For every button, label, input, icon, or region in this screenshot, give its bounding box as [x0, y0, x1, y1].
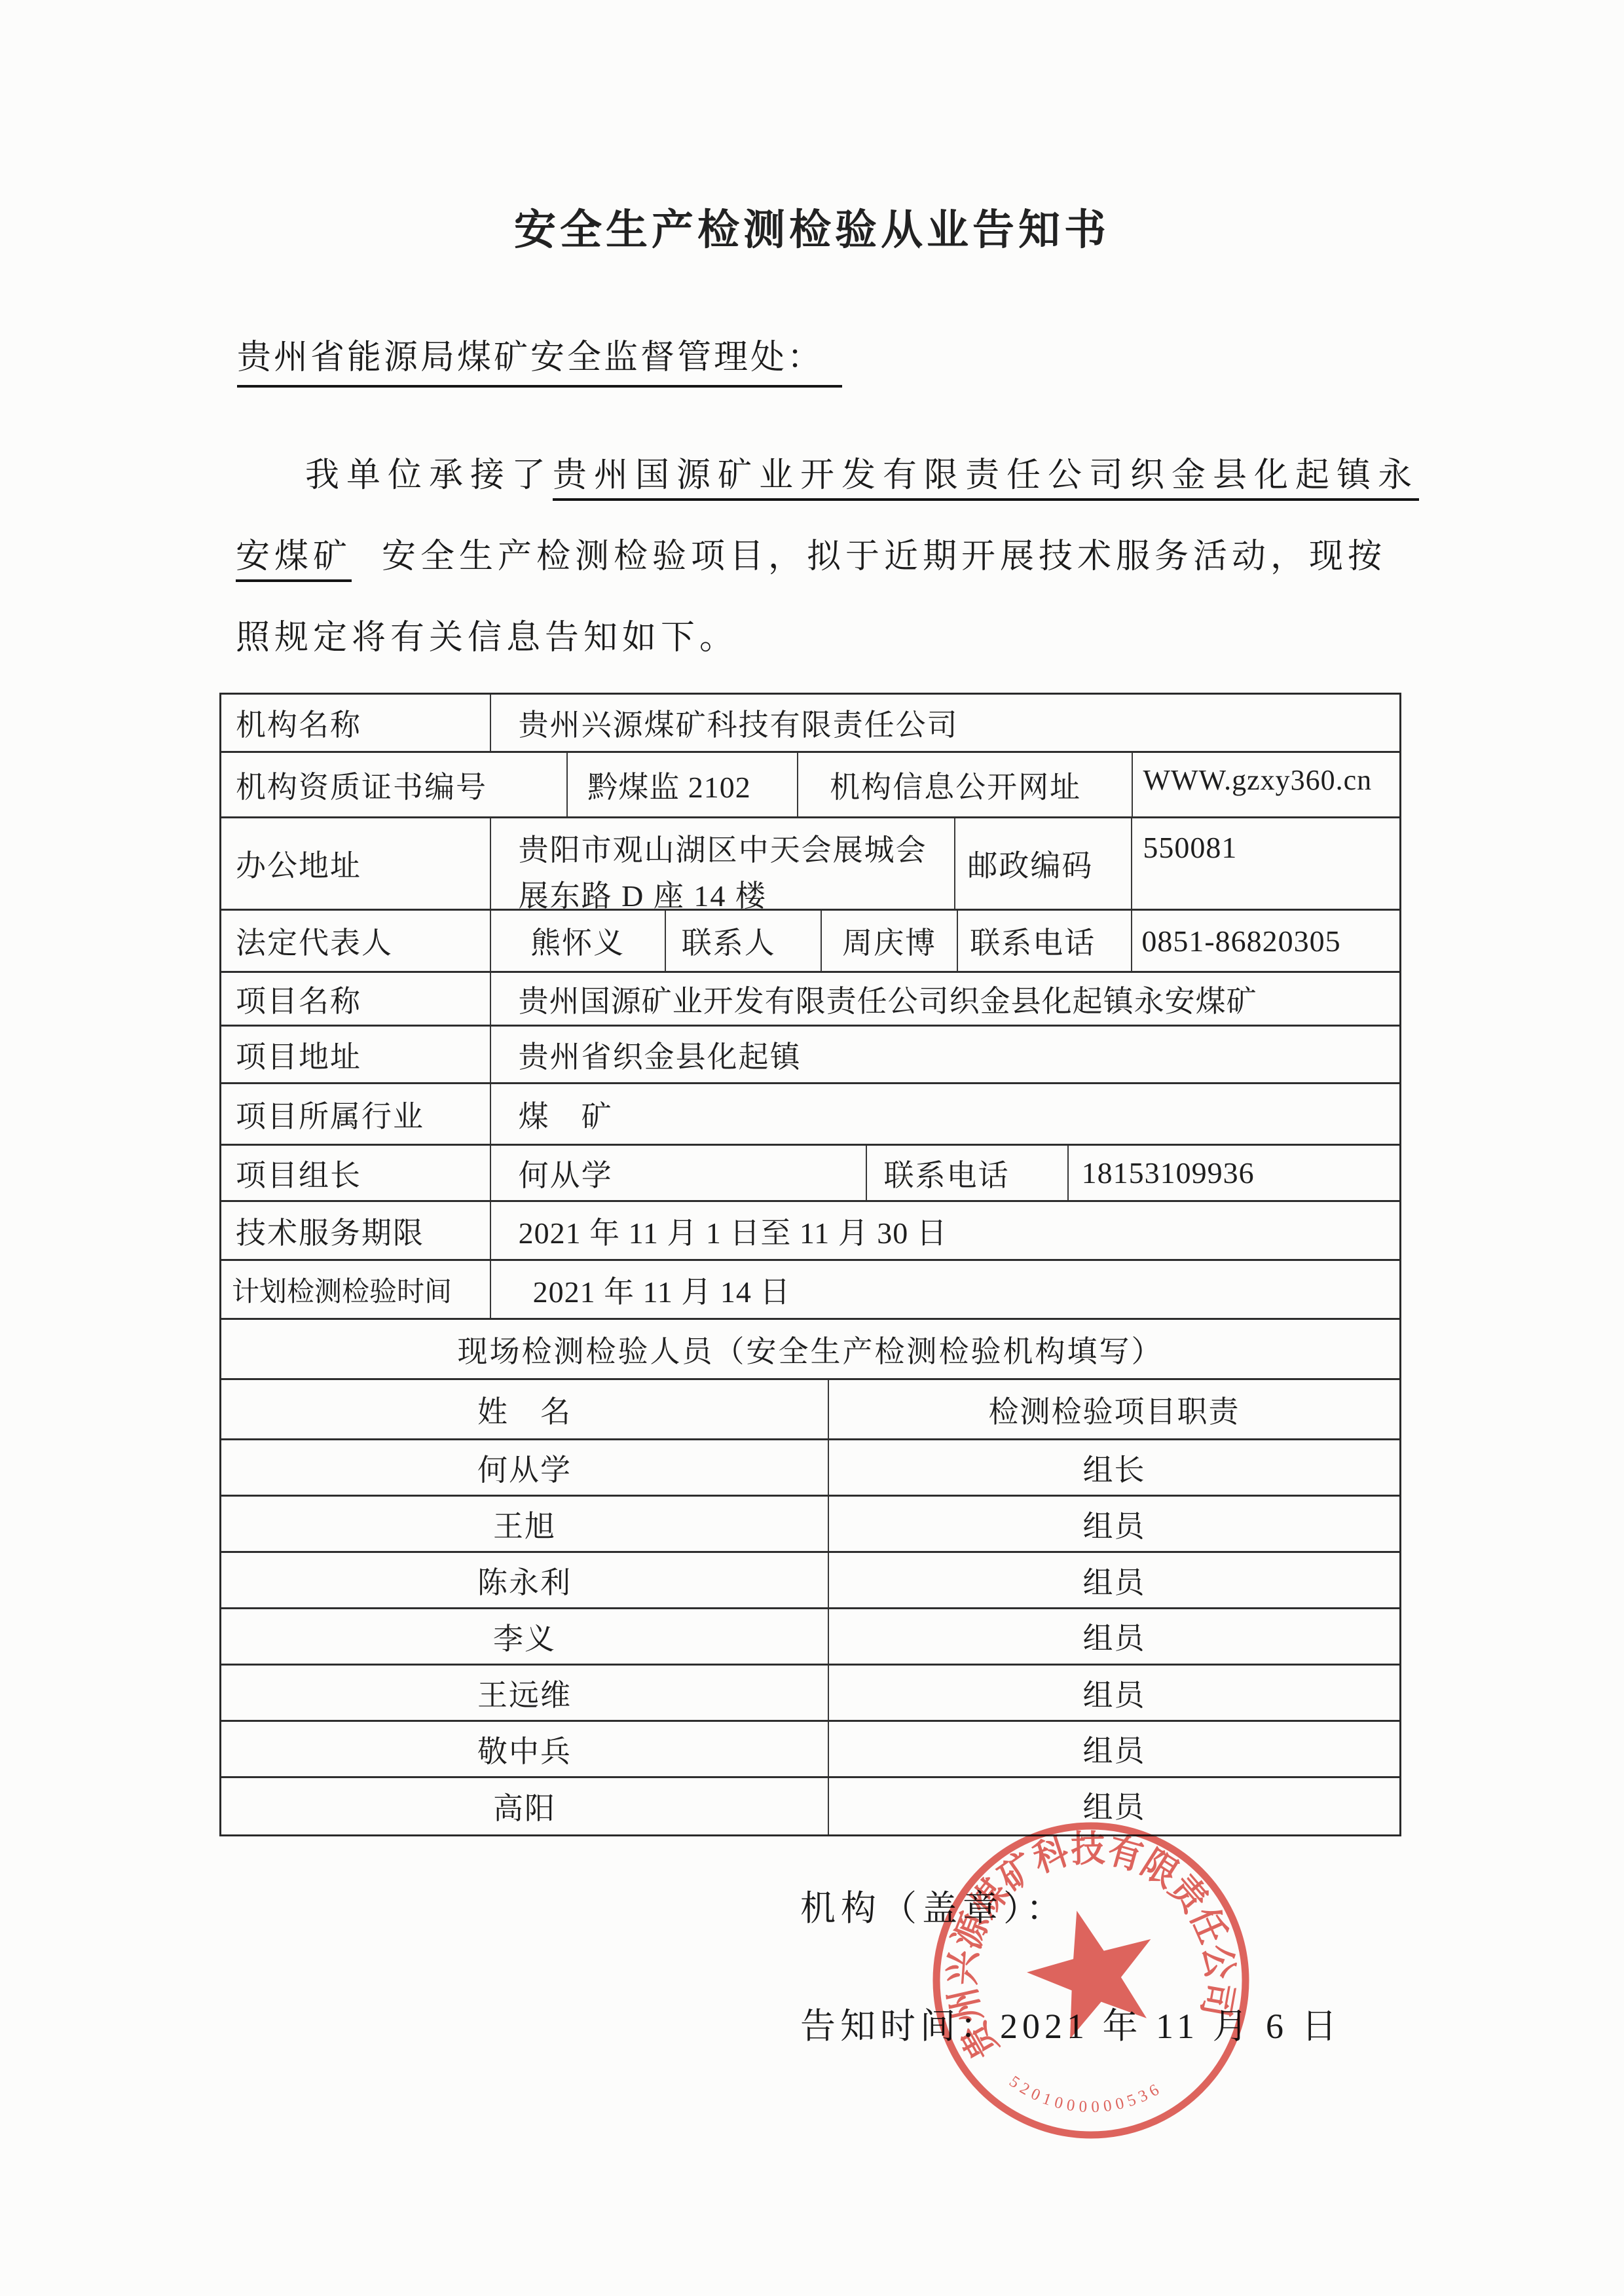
office-line-2: 展东路 D 座 14 楼	[519, 879, 767, 913]
leader-label: 项目组长	[221, 1146, 491, 1200]
phone-label: 联系电话	[958, 911, 1132, 971]
personnel-row: 王远维 组员	[221, 1666, 1399, 1722]
postcode-value: 550081	[1132, 818, 1399, 909]
cert-label: 机构资质证书编号	[221, 753, 568, 816]
personnel-row: 陈永利 组员	[221, 1553, 1399, 1609]
org-name-label: 机构名称	[221, 695, 491, 751]
legal-value: 熊怀义	[491, 911, 666, 971]
paragraph-line-2: 安煤矿安全生产检测检验项目，拟于近期开展技术服务活动，现按	[236, 517, 1392, 598]
personnel-name-header: 姓 名	[221, 1380, 829, 1438]
paragraph-text: 安全生产检测检验项目，拟于近期开展技术服务活动，现按	[382, 538, 1386, 575]
paragraph-line-1: 我单位承接了贵州国源矿业开发有限责任公司织金县化起镇永	[236, 435, 1392, 517]
office-label: 办公地址	[221, 818, 491, 909]
website-value: WWW.gzxy360.cn	[1133, 753, 1399, 816]
row-project-name: 项目名称 贵州国源矿业开发有限责任公司织金县化起镇永安煤矿	[221, 973, 1399, 1027]
row-project-address: 项目地址 贵州省织金县化起镇	[221, 1027, 1399, 1084]
personnel-name: 陈永利	[221, 1553, 829, 1607]
service-period-label: 技术服务期限	[221, 1202, 491, 1259]
personnel-duty: 组员	[829, 1497, 1399, 1551]
website-label: 机构信息公开网址	[798, 753, 1132, 816]
row-industry: 项目所属行业 煤 矿	[221, 1084, 1399, 1146]
seal-code-arc: 5201000000536	[1006, 2073, 1166, 2116]
row-cert-number: 机构资质证书编号 黔煤监 2102 机构信息公开网址 WWW.gzxy360.c…	[221, 753, 1399, 818]
personnel-duty: 组员	[829, 1722, 1399, 1776]
industry-value: 煤 矿	[491, 1084, 1399, 1144]
document-page: 安全生产检测检验从业告知书 贵州省能源局煤矿安全监督管理处： 我单位承接了贵州国…	[0, 0, 1624, 2296]
office-line-1: 贵阳市观山湖区中天会展城会	[519, 833, 927, 867]
personnel-name: 李义	[221, 1609, 829, 1664]
personnel-row: 何从学 组长	[221, 1440, 1399, 1497]
postcode-label: 邮政编码	[955, 818, 1132, 909]
legal-label: 法定代表人	[221, 911, 491, 971]
row-project-leader: 项目组长 何从学 联系电话 18153109936	[221, 1146, 1399, 1202]
personnel-duty: 组长	[829, 1440, 1399, 1495]
personnel-row: 敬中兵 组员	[221, 1722, 1399, 1778]
cert-value: 黔煤监 2102	[568, 753, 798, 816]
office-value: 贵阳市观山湖区中天会展城会展东路 D 座 14 楼	[491, 818, 956, 909]
seal-star-icon	[1027, 1911, 1151, 2039]
row-personnel-section-header: 现场检测检验人员（安全生产检测检验机构填写）	[221, 1320, 1399, 1380]
planned-time-value: 2021 年 11 月 14 日	[491, 1261, 1399, 1318]
page-title: 安全生产检测检验从业告知书	[0, 196, 1624, 257]
underlined-project-company: 贵州国源矿业开发有限责任公司织金县化起镇永	[553, 457, 1419, 501]
body-paragraph: 我单位承接了贵州国源矿业开发有限责任公司织金县化起镇永 安煤矿安全生产检测检验项…	[236, 435, 1392, 679]
project-name-value: 贵州国源矿业开发有限责任公司织金县化起镇永安煤矿	[491, 973, 1399, 1025]
row-office-address: 办公地址 贵阳市观山湖区中天会展城会展东路 D 座 14 楼 邮政编码 5500…	[221, 818, 1399, 911]
contact-value: 周庆博	[822, 911, 958, 971]
row-personnel-header: 姓 名 检测检验项目职责	[221, 1380, 1399, 1440]
row-service-period: 技术服务期限 2021 年 11 月 1 日至 11 月 30 日	[221, 1202, 1399, 1261]
contact-label: 联系人	[666, 911, 822, 971]
service-period-value: 2021 年 11 月 1 日至 11 月 30 日	[491, 1202, 1399, 1259]
personnel-duty: 组员	[829, 1553, 1399, 1607]
phone-value: 0851-86820305	[1132, 911, 1399, 971]
personnel-name: 王旭	[221, 1497, 829, 1551]
paragraph-text: 我单位承接了	[305, 457, 553, 494]
office-address-lines: 贵阳市观山湖区中天会展城会展东路 D 座 14 楼	[519, 818, 927, 919]
personnel-name: 王远维	[221, 1666, 829, 1720]
personnel-row: 王旭 组员	[221, 1497, 1399, 1553]
leader-value: 何从学	[491, 1146, 867, 1200]
row-legal-representative: 法定代表人 熊怀义 联系人 周庆博 联系电话 0851-86820305	[221, 911, 1399, 973]
personnel-section-header: 现场检测检验人员（安全生产检测检验机构填写）	[221, 1320, 1399, 1378]
personnel-name: 何从学	[221, 1440, 829, 1495]
project-addr-label: 项目地址	[221, 1027, 491, 1082]
project-name-label: 项目名称	[221, 973, 491, 1025]
project-addr-value: 贵州省织金县化起镇	[491, 1027, 1399, 1082]
personnel-name: 敬中兵	[221, 1722, 829, 1776]
industry-label: 项目所属行业	[221, 1084, 491, 1144]
row-planned-time: 计划检测检验时间 2021 年 11 月 14 日	[221, 1261, 1399, 1320]
row-org-name: 机构名称 贵州兴源煤矿科技有限责任公司	[221, 695, 1399, 753]
planned-time-label: 计划检测检验时间	[221, 1261, 491, 1318]
personnel-row: 李义 组员	[221, 1609, 1399, 1666]
org-name-value: 贵州兴源煤矿科技有限责任公司	[491, 695, 1399, 751]
personnel-duty: 组员	[829, 1609, 1399, 1664]
personnel-name: 高阳	[221, 1778, 829, 1834]
company-seal-stamp: 贵州兴源煤矿科技有限责任公司 5201000000536	[927, 1817, 1255, 2144]
info-table: 机构名称 贵州兴源煤矿科技有限责任公司 机构资质证书编号 黔煤监 2102 机构…	[219, 693, 1401, 1836]
paragraph-line-3: 照规定将有关信息告知如下。	[236, 598, 1392, 679]
leader-phone-label: 联系电话	[867, 1146, 1069, 1200]
personnel-duty: 组员	[829, 1666, 1399, 1720]
underlined-mine-name: 安煤矿	[236, 538, 352, 582]
salutation-line: 贵州省能源局煤矿安全监督管理处：	[237, 329, 842, 388]
leader-phone-value: 18153109936	[1069, 1146, 1399, 1200]
personnel-duty-header: 检测检验项目职责	[829, 1380, 1399, 1438]
